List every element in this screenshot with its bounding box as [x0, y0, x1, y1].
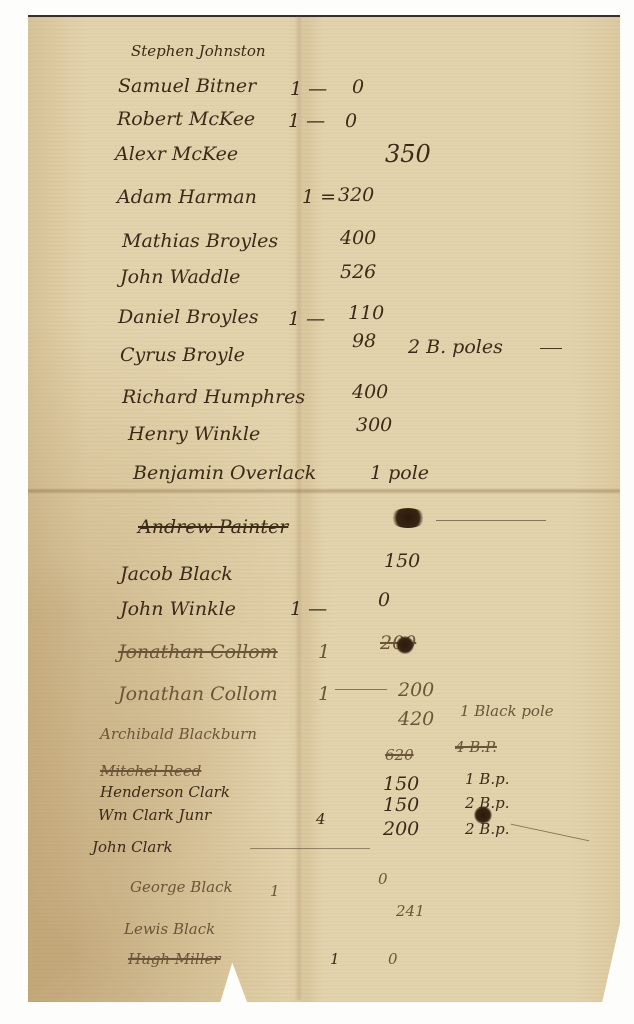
entry-name: Wm Clark Junr — [98, 808, 211, 823]
entry-amount: 150 — [384, 552, 420, 571]
entry-amount: 320 — [338, 186, 374, 205]
vertical-fold-crease — [295, 15, 303, 1000]
entry-tally: 1 = — [302, 188, 336, 207]
entry-name: Cyrus Broyle — [120, 346, 245, 365]
entry-note: 2 B. poles — [408, 338, 503, 357]
entry-name: George Black — [130, 880, 233, 895]
ink-blot — [396, 636, 414, 654]
dash-line — [335, 689, 387, 690]
entry-amount: 400 — [352, 383, 388, 402]
entry-name: Richard Humphres — [122, 388, 305, 407]
entry-note: 2 B.p. — [465, 822, 509, 837]
entry-amount: 0 — [352, 78, 364, 97]
entry-name: Lewis Black — [124, 922, 215, 937]
entry-tally: 4 — [316, 812, 326, 827]
dash-line — [250, 848, 370, 849]
entry-name: Benjamin Overlack — [133, 464, 316, 483]
entry-note: 1 pole — [370, 464, 429, 483]
document-header: Stephen Johnston — [131, 44, 266, 59]
entry-tally: 1 — [330, 952, 340, 967]
entry-name-struck: Mitchel Reed — [100, 764, 201, 779]
entry-name: Alexr McKee — [115, 145, 238, 164]
entry-tally: 1 — — [288, 310, 325, 329]
entry-amount: 200 — [383, 820, 419, 839]
entry-amount: 400 — [340, 229, 376, 248]
entry-amount: 200 — [398, 681, 434, 700]
entry-amount: 150 — [383, 796, 419, 815]
entry-tally: 1 — — [290, 600, 327, 619]
entry-name: Samuel Bitner — [118, 77, 256, 96]
entry-tally: 1 — — [288, 112, 325, 131]
entry-tally: 1 — [270, 884, 280, 899]
entry-amount: 110 — [348, 304, 384, 323]
entry-name: Mathias Broyles — [122, 232, 278, 251]
entry-amount-struck: 620 — [385, 748, 414, 763]
ink-blot — [474, 806, 492, 824]
entry-amount: 98 — [352, 332, 376, 351]
horizontal-fold-crease — [28, 488, 620, 494]
entry-name: Robert McKee — [117, 110, 255, 129]
entry-amount: 0 — [345, 112, 357, 131]
entry-note-struck: 4 B.P. — [455, 740, 497, 755]
entry-tally: 1 — — [290, 80, 327, 99]
entry-amount: 0 — [388, 952, 398, 967]
ink-blot — [390, 508, 426, 528]
entry-name-struck: Hugh Miller — [128, 952, 221, 967]
dash-line — [540, 348, 562, 349]
entry-name: Adam Harman — [117, 188, 257, 207]
entry-note: 1 Black pole — [460, 704, 554, 719]
entry-amount: 526 — [340, 263, 376, 282]
fold-ink-line — [436, 520, 546, 521]
entry-tally: 1 — [318, 643, 330, 662]
entry-amount: 150 — [383, 775, 419, 794]
entry-name: Henderson Clark — [100, 785, 230, 800]
entry-amount: 350 — [385, 142, 431, 166]
entry-tally: 1 — [318, 685, 330, 704]
entry-name: Archibald Blackburn — [100, 727, 257, 742]
entry-name: Daniel Broyles — [118, 308, 259, 327]
entry-name: John Winkle — [120, 600, 236, 619]
entry-amount: 0 — [378, 591, 390, 610]
entry-name: John Waddle — [120, 268, 240, 287]
entry-amount: 420 — [398, 710, 434, 729]
entry-amount: 241 — [396, 904, 425, 919]
entry-amount: 300 — [356, 416, 392, 435]
entry-name: Jonathan Collom — [118, 685, 278, 704]
entry-name: Henry Winkle — [128, 425, 260, 444]
entry-amount: 0 — [378, 872, 388, 887]
entry-name-struck: Jonathan Collom — [118, 643, 278, 662]
entry-name: Jacob Black — [120, 565, 233, 584]
entry-name: John Clark — [92, 840, 173, 855]
entry-note: 1 B.p. — [465, 772, 509, 787]
entry-name-struck: Andrew Painter — [138, 518, 288, 537]
